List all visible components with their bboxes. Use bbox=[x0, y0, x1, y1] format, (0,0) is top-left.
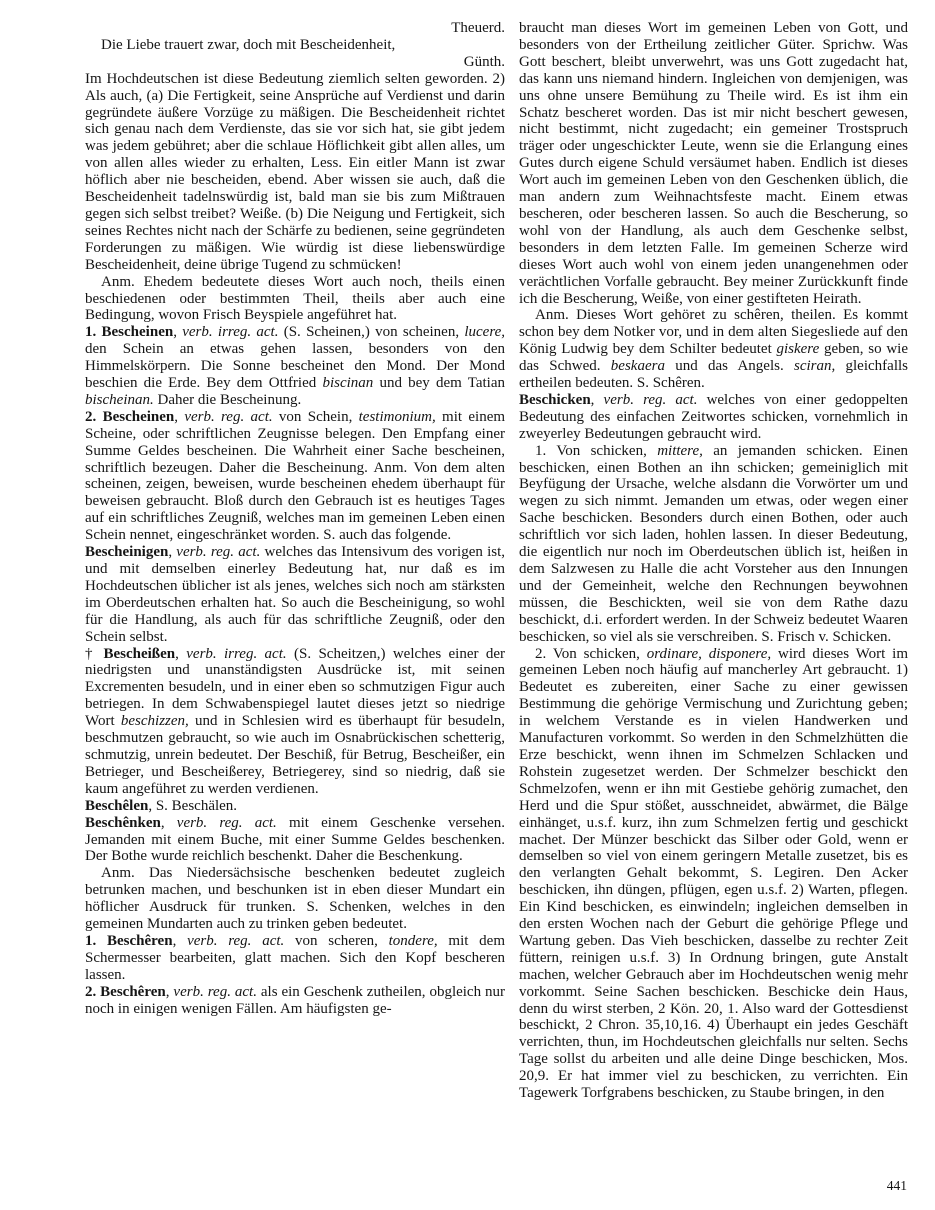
text-run: Im Hochdeutschen ist diese Bedeutung zie… bbox=[85, 71, 505, 273]
text-run: wird dieses Wort im gemeinen Leben noch … bbox=[519, 646, 908, 1102]
text-run: testimonium, bbox=[359, 409, 436, 425]
text-run: , bbox=[175, 646, 186, 662]
text-run: Theuerd. bbox=[451, 20, 505, 36]
text-run: † bbox=[85, 646, 103, 662]
paragraph: Bescheinigen, verb. reg. act. welches da… bbox=[85, 544, 505, 645]
paragraph: Anm. Dieses Wort gehöret zu schêren, the… bbox=[519, 307, 908, 392]
text-run: Anm. Ehedem bedeutete dieses Wort auch n… bbox=[85, 274, 505, 324]
right-column: braucht man dieses Wort im gemeinen Lebe… bbox=[519, 20, 908, 1102]
paragraph: braucht man dieses Wort im gemeinen Lebe… bbox=[519, 20, 908, 307]
text-run: 2. Von schicken, bbox=[535, 646, 647, 662]
headword: Beschênken bbox=[85, 815, 161, 831]
text-run: , S. Beschälen. bbox=[148, 798, 237, 814]
text-run: Anm. Das Niedersächsische beschenken bed… bbox=[85, 865, 505, 932]
paragraph: Theuerd. bbox=[85, 20, 505, 37]
text-run: beskaera bbox=[611, 358, 665, 374]
text-run: , bbox=[161, 815, 177, 831]
paragraph: Anm. Das Niedersächsische beschenken bed… bbox=[85, 865, 505, 933]
text-run: bischeinan. bbox=[85, 392, 154, 408]
headword: 1. Bescheinen bbox=[85, 324, 173, 340]
text-run: verb. reg. act. bbox=[184, 409, 272, 425]
text-run: verb. reg. act. bbox=[604, 392, 698, 408]
paragraph: Die Liebe trauert zwar, doch mit Beschei… bbox=[85, 37, 505, 54]
text-run: verb. reg. act. bbox=[177, 815, 277, 831]
text-run: verb. reg. act. bbox=[173, 984, 257, 1000]
page-number: 441 bbox=[887, 1178, 907, 1194]
left-column: Theuerd.Die Liebe trauert zwar, doch mit… bbox=[85, 20, 505, 1102]
paragraph: 2. Beschêren, verb. reg. act. als ein Ge… bbox=[85, 984, 505, 1018]
headword: 1. Beschêren bbox=[85, 933, 173, 949]
text-run: Günth. bbox=[464, 54, 505, 70]
text-run: braucht man dieses Wort im gemeinen Lebe… bbox=[519, 20, 908, 307]
paragraph: Günth. bbox=[85, 54, 505, 71]
text-run: mit einem Scheine, oder schriftlichen Ze… bbox=[85, 409, 505, 543]
text-run: und bey dem Tatian bbox=[373, 375, 505, 391]
text-run: sciran, bbox=[794, 358, 835, 374]
text-run: , bbox=[173, 933, 188, 949]
text-run: biscinan bbox=[322, 375, 373, 391]
text-run: beschizzen, bbox=[121, 713, 189, 729]
paragraph: 1. Von schicken, mittere, an jemanden sc… bbox=[519, 443, 908, 646]
headword: Bescheißen bbox=[103, 646, 175, 662]
text-run: 1. Von schicken, bbox=[535, 443, 657, 459]
text-run: tondere, bbox=[389, 933, 438, 949]
paragraph: 2. Bescheinen, verb. reg. act. von Schei… bbox=[85, 409, 505, 544]
paragraph: † Bescheißen, verb. irreg. act. (S. Sche… bbox=[85, 646, 505, 798]
paragraph: 2. Von schicken, ordinare, disponere, wi… bbox=[519, 646, 908, 1102]
text-run: von scheren, bbox=[284, 933, 388, 949]
text-run: Daher die Bescheinung. bbox=[154, 392, 301, 408]
paragraph: Beschêlen, S. Beschälen. bbox=[85, 798, 505, 815]
headword: 2. Beschêren bbox=[85, 984, 166, 1000]
text-run: , bbox=[174, 409, 184, 425]
text-run: an jemanden schicken. Einen beschicken, … bbox=[519, 443, 908, 645]
text-run: mittere, bbox=[657, 443, 703, 459]
paragraph: Beschicken, verb. reg. act. welches von … bbox=[519, 392, 908, 443]
text-run: giskere bbox=[776, 341, 819, 357]
two-column-text: Theuerd.Die Liebe trauert zwar, doch mit… bbox=[0, 0, 935, 1102]
paragraph: 1. Beschêren, verb. reg. act. von schere… bbox=[85, 933, 505, 984]
headword: Beschêlen bbox=[85, 798, 148, 814]
paragraph: Beschênken, verb. reg. act. mit einem Ge… bbox=[85, 815, 505, 866]
headword: Bescheinigen bbox=[85, 544, 168, 560]
headword: Beschicken bbox=[519, 392, 591, 408]
text-run: ordinare, disponere, bbox=[647, 646, 771, 662]
text-run: verb. irreg. act. bbox=[182, 324, 278, 340]
text-run: verb. reg. act. bbox=[187, 933, 284, 949]
dictionary-page: Theuerd.Die Liebe trauert zwar, doch mit… bbox=[0, 0, 935, 1210]
text-run: von Schein, bbox=[273, 409, 359, 425]
text-run: verb. reg. act. bbox=[176, 544, 260, 560]
paragraph: 1. Bescheinen, verb. irreg. act. (S. Sch… bbox=[85, 324, 505, 409]
headword: 2. Bescheinen bbox=[85, 409, 174, 425]
text-run: lucere, bbox=[464, 324, 505, 340]
paragraph: Im Hochdeutschen ist diese Bedeutung zie… bbox=[85, 71, 505, 274]
text-run: , bbox=[591, 392, 604, 408]
text-run: und das Angels. bbox=[665, 358, 794, 374]
text-run: verb. irreg. act. bbox=[186, 646, 286, 662]
text-run: , bbox=[173, 324, 182, 340]
text-run: Die Liebe trauert zwar, doch mit Beschei… bbox=[101, 37, 395, 53]
paragraph: Anm. Ehedem bedeutete dieses Wort auch n… bbox=[85, 274, 505, 325]
text-run: (S. Scheinen,) von scheinen, bbox=[278, 324, 464, 340]
